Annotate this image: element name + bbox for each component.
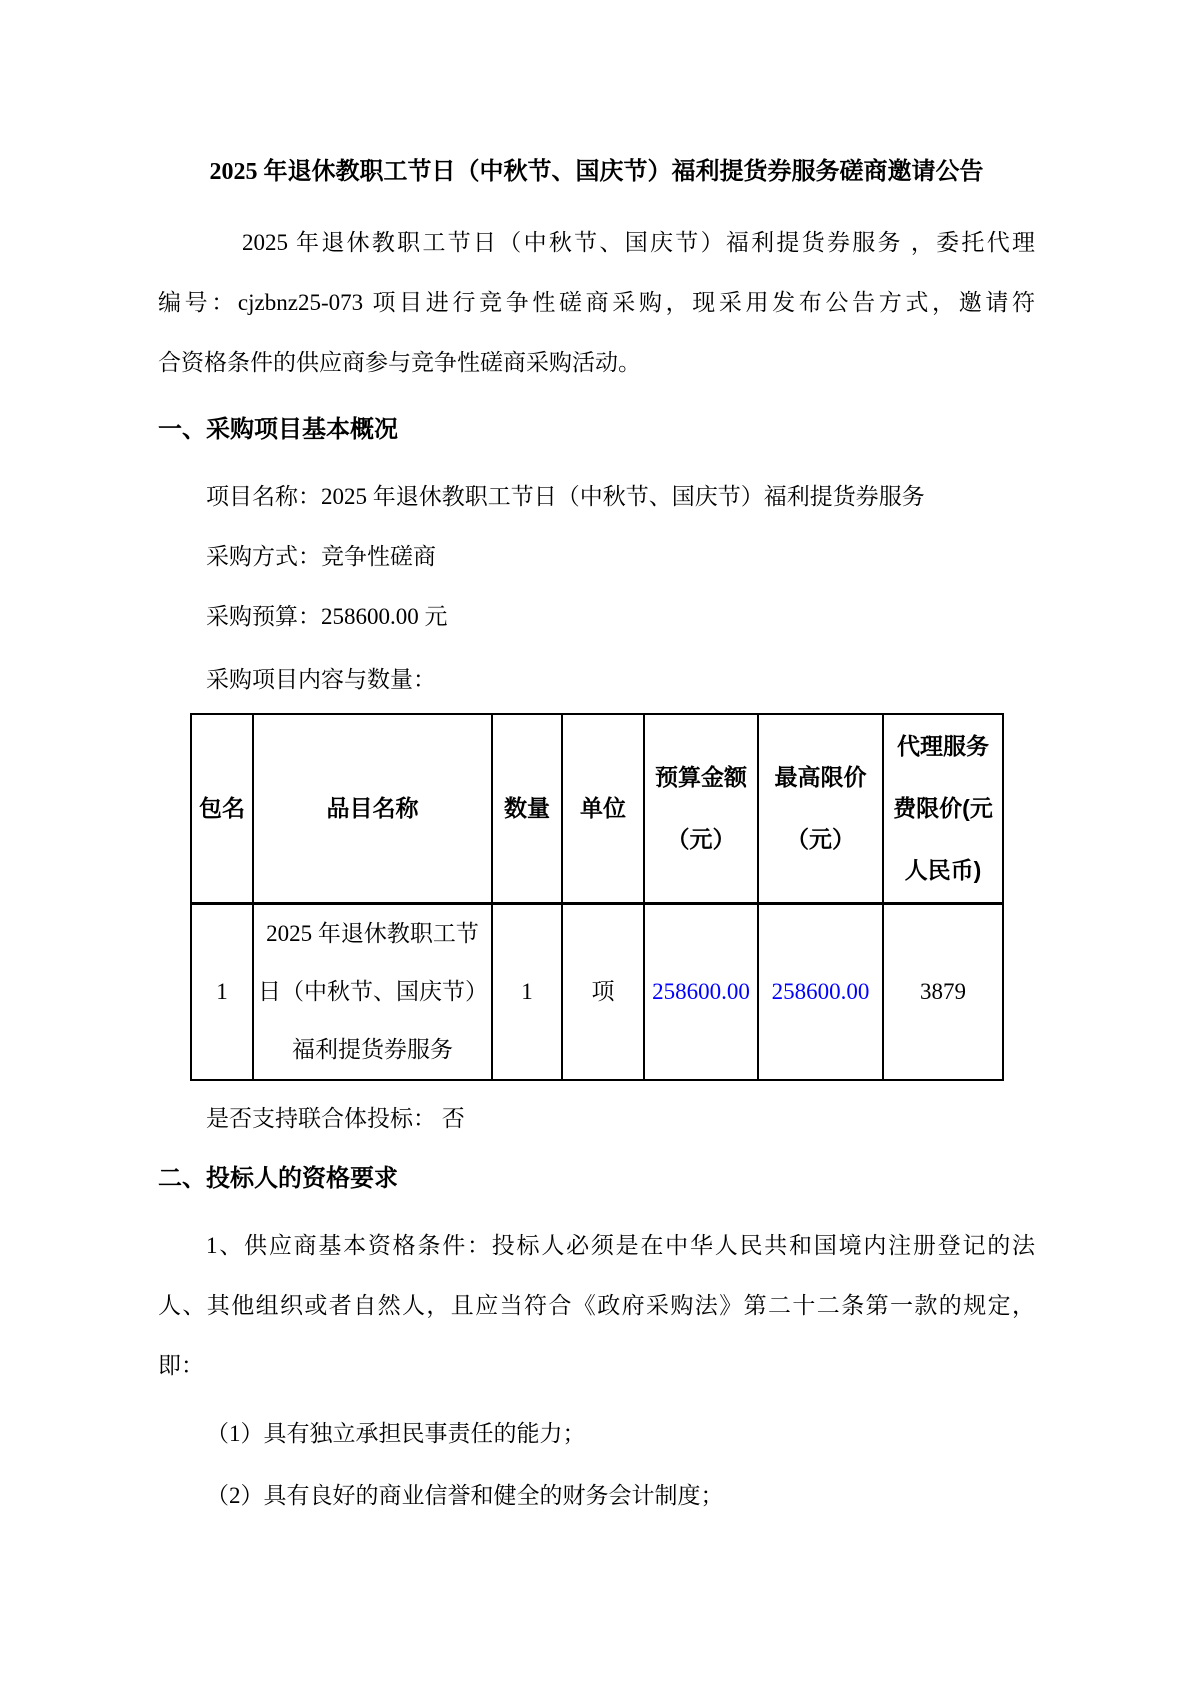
document-page: 2025 年退休教职工节日（中秋节、国庆节）福利提货券服务磋商邀请公告 2025… [0,0,1191,1684]
intro-line: 合资格条件的供应商参与竞争性磋商采购活动。 [158,333,1035,393]
intro-line: 编号：cjzbnz25-073 项目进行竞争性磋商采购，现采用发布公告方式，邀请… [158,273,1035,333]
content-quantity-label: 采购项目内容与数量： [158,650,1035,710]
cell-item-name: 2025 年退休教职工节 日（中秋节、国庆节） 福利提货券服务 [253,903,492,1080]
table-header-quantity: 数量 [492,714,562,903]
cell-quantity: 1 [492,903,562,1080]
table-header-row: 包名 品目名称 数量 单位 预算金额 （元） 最高限价 （元） [191,714,1003,903]
joint-bid-line: 是否支持联合体投标： 否 [158,1089,1035,1149]
project-name-line: 项目名称：2025 年退休教职工节日（中秋节、国庆节）福利提货券服务 [158,467,1035,527]
table-header-item-name: 品目名称 [253,714,492,903]
qualification-line: 即： [158,1336,1035,1396]
cell-agency-fee: 3879 [883,903,1003,1080]
intro-line: 2025 年退休教职工节日（中秋节、国庆节）福利提货券服务 ，委托代理 [158,213,1035,273]
cell-unit: 项 [562,903,644,1080]
qualification-item-2: （2）具有良好的商业信誉和健全的财务会计制度； [158,1466,1035,1526]
section2-heading: 二、投标人的资格要求 [158,1149,1035,1209]
cell-budget-amount: 258600.00 [644,903,758,1080]
table-header-unit: 单位 [562,714,644,903]
cell-package: 1 [191,903,253,1080]
table-row: 1 2025 年退休教职工节 日（中秋节、国庆节） 福利提货券服务 1 项 25… [191,903,1003,1080]
table-header-max-price: 最高限价 （元） [758,714,883,903]
table-header-agency-fee: 代理服务 费限价(元 人民币) [883,714,1003,903]
document-title: 2025 年退休教职工节日（中秋节、国庆节）福利提货券服务磋商邀请公告 [158,0,1035,196]
procurement-budget-line: 采购预算：258600.00 元 [158,587,1035,647]
table-header-package: 包名 [191,714,253,903]
qualification-item-1: （1）具有独立承担民事责任的能力； [158,1404,1035,1464]
section1-heading: 一、采购项目基本概况 [158,400,1035,460]
procurement-method-line: 采购方式：竞争性磋商 [158,527,1035,587]
procurement-items-table: 包名 品目名称 数量 单位 预算金额 （元） 最高限价 （元） [190,713,1004,1081]
intro-paragraph: 2025 年退休教职工节日（中秋节、国庆节）福利提货券服务 ，委托代理 编号：c… [158,213,1035,393]
cell-max-price: 258600.00 [758,903,883,1080]
document-content: 2025 年退休教职工节日（中秋节、国庆节）福利提货券服务磋商邀请公告 2025… [0,0,1191,1526]
qualification-line: 人、其他组织或者自然人，且应当符合《政府采购法》第二十二条第一款的规定， [158,1276,1035,1336]
qualification-line: 1、供应商基本资格条件：投标人必须是在中华人民共和国境内注册登记的法 [158,1216,1035,1276]
table-header-budget-amount: 预算金额 （元） [644,714,758,903]
